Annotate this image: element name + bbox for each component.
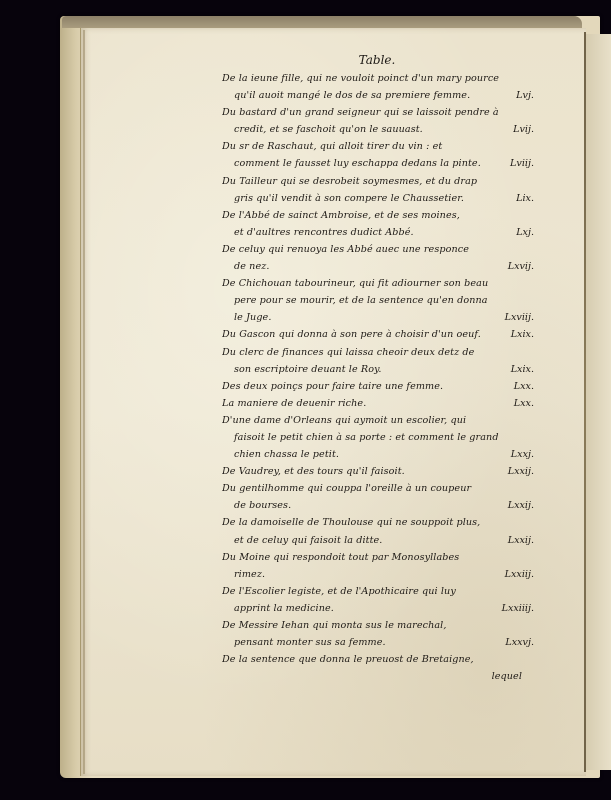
entry-continuation-line: de bourses. <box>222 497 522 514</box>
entry-heading-line: De la damoiselle de Thoulouse qui ne sou… <box>222 514 522 531</box>
folio-number: Lxix. <box>511 326 534 343</box>
entry-heading-line: De Messire Iehan qui monta sus le marech… <box>222 617 522 634</box>
toc-entry: De l'Escolier legiste, et de l'Apothicai… <box>222 583 522 617</box>
entry-heading-line: Du Gascon qui donna à son pere à choisir… <box>222 326 522 343</box>
folio-number: Lxxiij. <box>505 566 534 583</box>
folio-number: Lxxiiij. <box>502 600 534 617</box>
entry-heading-line: Des deux poinçs pour faire taire une fem… <box>222 378 522 395</box>
folio-number: Lxx. <box>514 378 534 395</box>
entry-continuation-line: son escriptoire deuant le Roy. <box>222 361 522 378</box>
toc-entry: Du Gascon qui donna à son pere à choisir… <box>222 326 522 343</box>
toc-entry: De Chichouan tabourineur, qui fit adiour… <box>222 275 522 326</box>
entry-continuation-line: qu'il auoit mangé le dos de sa premiere … <box>222 87 522 104</box>
entry-continuation-line: gris qu'il vendit à son compere le Chaus… <box>222 190 522 207</box>
entry-heading-line: De l'Escolier legiste, et de l'Apothicai… <box>222 583 522 600</box>
toc-entry: De la ieune fille, qui ne vouloit poinct… <box>222 70 522 104</box>
toc-entry: De la damoiselle de Thoulouse qui ne sou… <box>222 514 522 548</box>
entry-heading-line: Du Moine qui respondoit tout par Monosyl… <box>222 549 522 566</box>
entry-continuation-line: rimez. <box>222 566 522 583</box>
folio-number: Lxxij. <box>508 463 534 480</box>
toc-entry: De Vaudrey, et des tours qu'il faisoit.L… <box>222 463 522 480</box>
folio-number: Lxvij. <box>508 258 534 275</box>
entry-continuation-line: chien chassa le petit. <box>222 446 522 463</box>
page-edge <box>83 30 85 774</box>
toc-entry: D'une dame d'Orleans qui aymoit un escol… <box>222 412 522 463</box>
folio-number: Lxxj. <box>511 446 534 463</box>
entry-continuation-line: et d'aultres rencontres dudict Abbé. <box>222 224 522 241</box>
entry-heading-line: La maniere de deuenir riche. <box>222 395 522 412</box>
folio-number: Lix. <box>516 190 534 207</box>
toc-entry: Du bastard d'un grand seigneur qui se la… <box>222 104 522 138</box>
folio-number: Lvj. <box>516 87 534 104</box>
entry-heading-line: Du clerc de finances qui laissa cheoir d… <box>222 344 522 361</box>
entry-continuation-line: pere pour se mourir, et de la sentence q… <box>222 292 522 309</box>
toc-entry: De l'Abbé de sainct Ambroise, et de ses … <box>222 207 522 241</box>
toc-entries: De la ieune fille, qui ne vouloit poinct… <box>222 70 522 685</box>
entry-heading-line: De la ieune fille, qui ne vouloit poinct… <box>222 70 522 87</box>
table-of-contents: Table. De la ieune fille, qui ne vouloit… <box>222 50 522 685</box>
folio-number: Lvij. <box>513 121 534 138</box>
entry-heading-line: Du Tailleur qui se desrobeit soymesmes, … <box>222 173 522 190</box>
toc-entry: Du gentilhomme qui couppa l'oreille à un… <box>222 480 522 514</box>
entry-continuation-line: et de celuy qui faisoit la ditte. <box>222 532 522 549</box>
folio-number: Lxxij. <box>508 497 534 514</box>
book-cover-top-edge <box>62 16 582 28</box>
toc-entry: La maniere de deuenir riche.Lxx. <box>222 395 522 412</box>
entry-continuation-line: apprint la medicine. <box>222 600 522 617</box>
entry-continuation-line: pensant monter sus sa femme. <box>222 634 522 651</box>
toc-entry: Des deux poinçs pour faire taire une fem… <box>222 378 522 395</box>
folio-number: Lxxvj. <box>505 634 534 651</box>
entry-heading-line: De celuy qui renuoya les Abbé auec une r… <box>222 241 522 258</box>
entry-heading-line: De la sentence que donna le preuost de B… <box>222 651 522 668</box>
toc-entry: De la sentence que donna le preuost de B… <box>222 651 522 685</box>
toc-entry: Du sr de Raschaut, qui alloit tirer du v… <box>222 138 522 172</box>
toc-entry: De celuy qui renuoya les Abbé auec une r… <box>222 241 522 275</box>
folio-number: Lxj. <box>516 224 534 241</box>
entry-heading-line: Du sr de Raschaut, qui alloit tirer du v… <box>222 138 522 155</box>
folio-number: Lviij. <box>510 155 534 172</box>
entry-continuation-line: lequel <box>222 668 522 685</box>
entry-heading-line: De l'Abbé de sainct Ambroise, et de ses … <box>222 207 522 224</box>
entry-continuation-line: comment le fausset luy eschappa dedans l… <box>222 155 522 172</box>
toc-entry: Du Tailleur qui se desrobeit soymesmes, … <box>222 173 522 207</box>
entry-continuation-line: de nez. <box>222 258 522 275</box>
entry-heading-line: D'une dame d'Orleans qui aymoit un escol… <box>222 412 522 429</box>
toc-entry: Du clerc de finances qui laissa cheoir d… <box>222 344 522 378</box>
folio-number: Lxix. <box>511 361 534 378</box>
page-title: Table. <box>232 50 522 70</box>
entry-heading-line: Du gentilhomme qui couppa l'oreille à un… <box>222 480 522 497</box>
entry-heading-line: Du bastard d'un grand seigneur qui se la… <box>222 104 522 121</box>
toc-entry: Du Moine qui respondoit tout par Monosyl… <box>222 549 522 583</box>
folio-number: Lxxij. <box>508 532 534 549</box>
entry-continuation-line: le Juge. <box>222 309 522 326</box>
toc-entry: De Messire Iehan qui monta sus le marech… <box>222 617 522 651</box>
facing-page-edge <box>586 34 611 770</box>
entry-heading-line: De Vaudrey, et des tours qu'il faisoit. <box>222 463 522 480</box>
entry-continuation-line: faisoit le petit chien à sa porte : et c… <box>222 429 522 446</box>
folio-number: Lxx. <box>514 395 534 412</box>
folio-number: Lxviij. <box>505 309 534 326</box>
entry-continuation-line: credit, et se faschoit qu'on le sauuast. <box>222 121 522 138</box>
entry-heading-line: De Chichouan tabourineur, qui fit adiour… <box>222 275 522 292</box>
